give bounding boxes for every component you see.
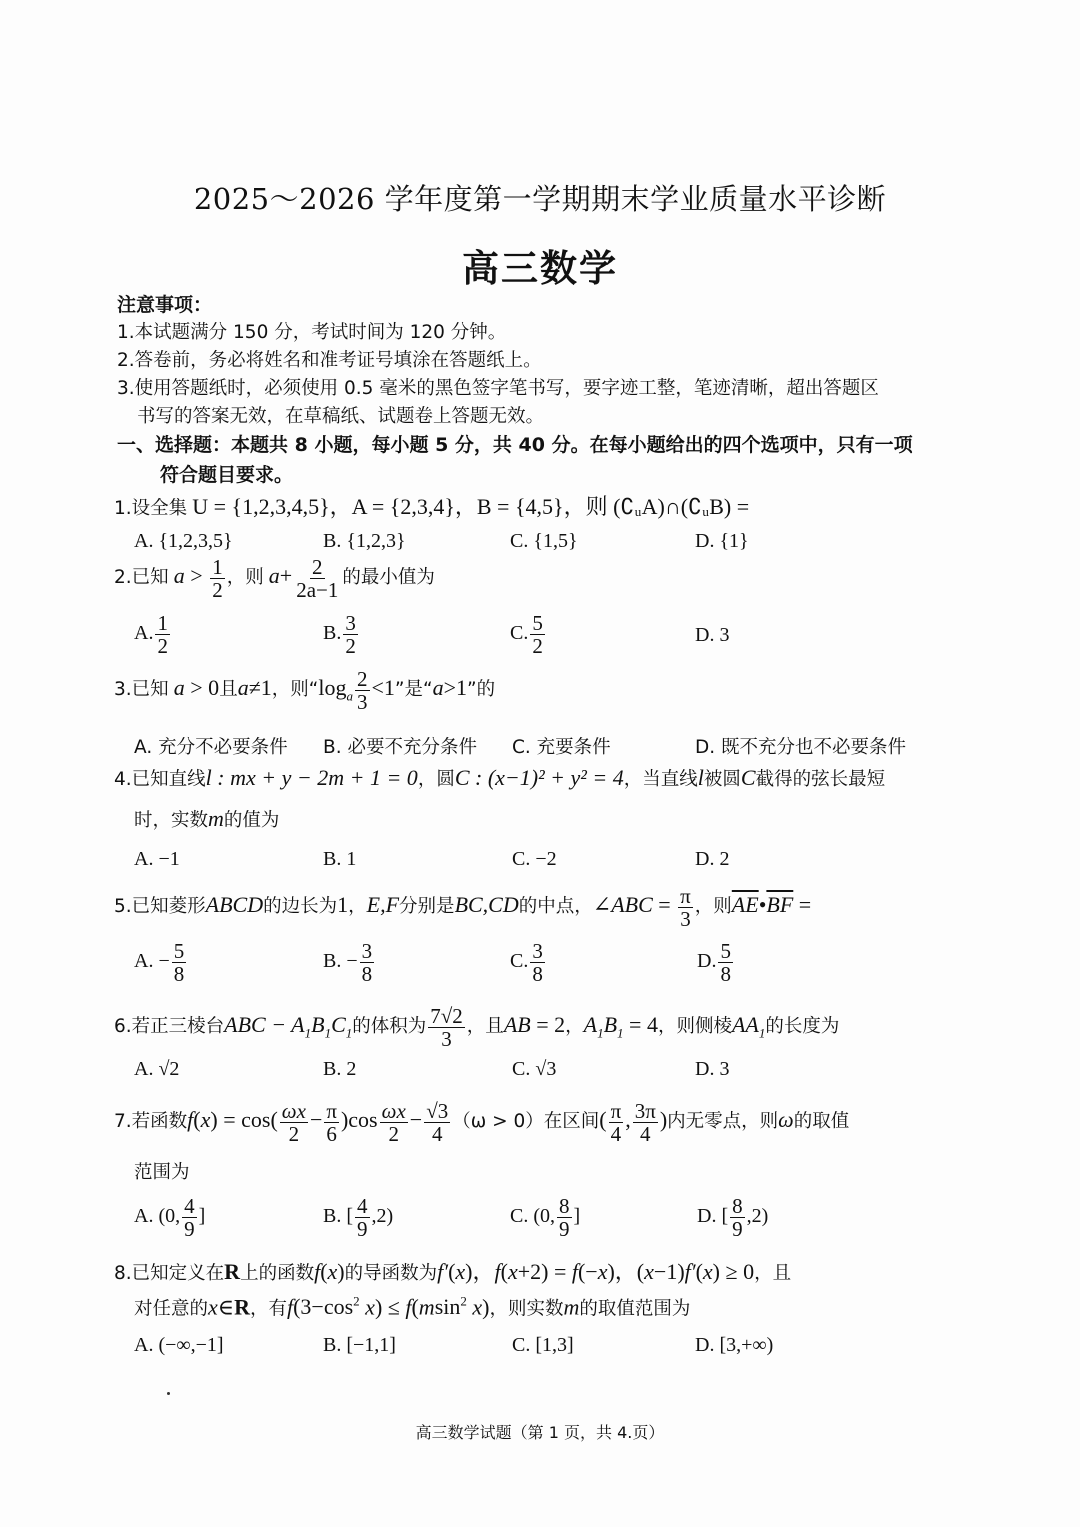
q8-option-b: B. [−1,1] [323, 1334, 396, 1357]
set-expression: U = {1,2,3,4,5}，A = {2,3,4}，B = {4,5}，则 … [192, 494, 749, 519]
q7-option-d: D. [89,2) [697, 1195, 768, 1240]
q1-option-c: C. {1,5} [510, 530, 578, 553]
fraction: 12 [210, 556, 225, 601]
stray-dot [167, 1392, 170, 1395]
notice-item-3: 3.使用答题纸时，必须使用 0.5 毫米的黑色签字笔书写，要字迹工整，笔迹清晰，… [117, 374, 879, 400]
q2-option-a: A.12 [134, 612, 172, 657]
q7-option-b: B. [49,2) [323, 1195, 393, 1240]
q8-option-d: D. [3,+∞) [695, 1334, 773, 1357]
q6-option-c: C. √3 [512, 1058, 556, 1081]
notice-item-3-cont: 书写的答案无效，在草稿纸、试题卷上答题无效。 [137, 402, 544, 428]
question-3: 3.已知 a > 0且a≠1，则“loga23<1”是“a>1”的 [114, 668, 495, 713]
q6-option-b: B. 2 [323, 1058, 356, 1081]
question-7: 7.若函数f(x) = cos(ωx2−π6)cosωx2−√34（ω > 0）… [114, 1100, 849, 1145]
q8-option-a: A. (−∞,−1] [134, 1334, 224, 1357]
section-heading-cont: 符合题目要求。 [160, 460, 293, 487]
subject-title: 高三数学 [0, 238, 1080, 292]
question-7-cont: 范围为 [134, 1158, 190, 1184]
q4-option-d: D. 2 [695, 848, 729, 871]
q6-option-d: D. 3 [695, 1058, 729, 1081]
question-8-cont: 对任意的x∈R，有f(3−cos2 x) ≤ f(msin2 x)，则实数m的取… [134, 1294, 690, 1320]
q4-option-a: A. −1 [134, 848, 180, 871]
q7-option-c: C. (0,89] [510, 1195, 580, 1240]
notice-item-2: 2.答卷前，务必将姓名和准考证号填涂在答题纸上。 [117, 346, 542, 372]
fraction: 22a−1 [294, 556, 340, 601]
question-4-cont: 时，实数m的值为 [134, 806, 279, 832]
q3-option-d: D. 既不充分也不必要条件 [695, 733, 906, 759]
question-2: 2.已知 a > 12，则 a+22a−1的最小值为 [114, 556, 435, 601]
question-1: 1.设全集 U = {1,2,3,4,5}，A = {2,3,4}，B = {4… [114, 490, 749, 521]
q3-option-a: A. 充分不必要条件 [134, 733, 288, 759]
q4-option-c: C. −2 [512, 848, 557, 871]
q6-option-a: A. √2 [134, 1058, 179, 1081]
q2-option-d: D. 3 [695, 624, 729, 647]
notice-item-1: 1.本试题满分 150 分，考试时间为 120 分钟。 [117, 318, 506, 344]
q1-option-d: D. {1} [695, 530, 749, 553]
q4-option-b: B. 1 [323, 848, 356, 871]
q2-option-b: B.32 [323, 612, 360, 657]
q5-option-a: A. −58 [134, 940, 188, 985]
section-heading: 一、选择题：本题共 8 小题，每小题 5 分，共 40 分。在每小题给出的四个选… [117, 430, 913, 457]
notice-heading: 注意事项： [117, 290, 212, 317]
q3-option-c: C. 充要条件 [512, 733, 611, 759]
q7-option-a: A. (0,49] [134, 1195, 205, 1240]
question-8: 8.已知定义在R上的函数f(x)的导函数为f′(x)，f(x+2) = f(−x… [114, 1255, 791, 1286]
exam-title: 2025～2026 学年度第一学期期末学业质量水平诊断 [0, 177, 1080, 218]
q8-option-c: C. [1,3] [512, 1334, 574, 1357]
q5-option-d: D.58 [697, 940, 735, 985]
q5-option-c: C.38 [510, 940, 547, 985]
q1-option-a: A. {1,2,3,5} [134, 530, 233, 553]
q3-option-b: B. 必要不充分条件 [323, 733, 477, 759]
question-6: 6.若正三棱台ABC − A1B1C1的体积为7√23，且AB = 2，A1B1… [114, 1005, 839, 1050]
question-4: 4.已知直线l : mx + y − 2m + 1 = 0，圆C : (x−1)… [114, 765, 885, 791]
q1-option-b: B. {1,2,3} [323, 530, 406, 553]
page-footer: 高三数学试题（第 1 页，共 4.页） [0, 1420, 1080, 1443]
q2-option-c: C.52 [510, 612, 547, 657]
q5-option-b: B. −38 [323, 940, 376, 985]
question-5: 5.已知菱形ABCD的边长为1，E,F分别是BC,CD的中点，∠ABC = π3… [114, 885, 811, 930]
